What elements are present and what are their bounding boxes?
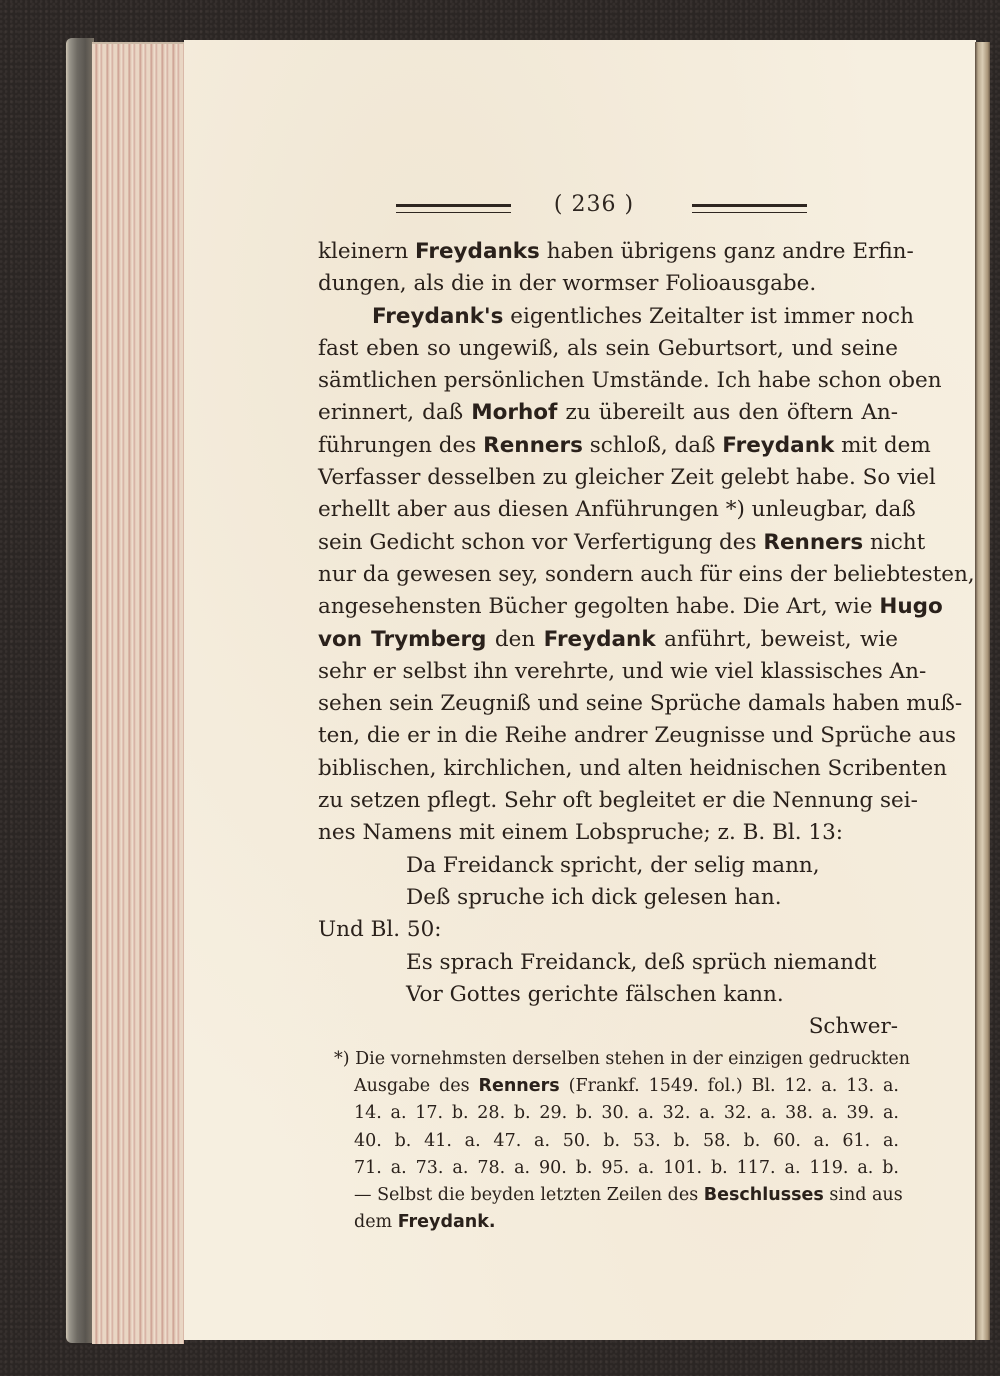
footnote-line: 71. a. 73. a. 78. a. 90. b. 95. a. 101. … (334, 1155, 899, 1182)
emphasized-name: Morhof (471, 400, 557, 425)
text-run: sind aus (824, 1185, 903, 1205)
text-run: *) Die vornehmsten derselben stehen in d… (334, 1049, 910, 1069)
emphasized-name: Freydank. (398, 1212, 496, 1232)
footnote: *) Die vornehmsten derselben stehen in d… (334, 1046, 899, 1236)
text-run: nur da gewesen sey, sondern auch für ein… (318, 562, 975, 587)
body-line: sehen sein Zeugniß und seine Sprüche dam… (318, 688, 898, 720)
book-cover-edge (66, 38, 94, 1343)
header-rule-left (396, 204, 511, 213)
text-run: führungen des (318, 433, 483, 458)
body-line: sein Gedicht schon vor Verfertigung des … (318, 527, 898, 559)
text-run: dungen, als die in der wormser Folioausg… (318, 271, 816, 296)
text-run: schloß, daß (583, 433, 722, 458)
text-run: — Selbst die beyden letzten Zeilen des (354, 1185, 704, 1205)
body-line: kleinern Freydanks haben übrigens ganz a… (318, 236, 898, 268)
text-run: angesehensten Bücher gegolten habe. Die … (318, 594, 879, 619)
text-run: 40. b. 41. a. 47. a. 50. b. 53. b. 58. b… (354, 1131, 899, 1151)
text-run: Und Bl. 50: (318, 917, 442, 942)
text-run: sämtlichen persönlichen Umstände. Ich ha… (318, 368, 942, 393)
text-run: Da Freidanck spricht, der selig mann, (406, 853, 820, 878)
text-run: erhellt aber aus diesen Anführungen *) u… (318, 497, 916, 522)
text-run: biblischen, kirchlichen, und alten heidn… (318, 756, 947, 781)
emphasized-name: Freydank (544, 627, 656, 652)
text-run: Es sprach Freidanck, deß sprüch niemandt (406, 950, 876, 975)
text-run: den (486, 627, 543, 652)
text-run: erinnert, daß (318, 400, 471, 425)
emphasized-name: von Trymberg (318, 627, 486, 652)
text-run: sein Gedicht schon vor Verfertigung des (318, 530, 763, 555)
footnote-line: dem Freydank. (334, 1209, 899, 1236)
body-line: nur da gewesen sey, sondern auch für ein… (318, 559, 898, 591)
body-line: von Trymberg den Freydank anführt, bewei… (318, 624, 898, 656)
header-rule-right (692, 204, 807, 213)
right-page-edge (975, 42, 990, 1340)
text-run: haben übrigens ganz andre Erfin- (540, 239, 914, 264)
text-run: (Frankf. 1549. fol.) Bl. 12. a. 13. a. (560, 1076, 899, 1096)
footnote-line: — Selbst die beyden letzten Zeilen des B… (334, 1182, 899, 1209)
body-line: erhellt aber aus diesen Anführungen *) u… (318, 494, 898, 526)
text-run: dem (354, 1212, 398, 1232)
emphasized-name: Freydanks (415, 239, 540, 264)
text-run: nicht (863, 530, 925, 555)
page-block-edge (92, 42, 184, 1344)
emphasized-name: Hugo (879, 594, 942, 619)
footnote-line: *) Die vornehmsten derselben stehen in d… (334, 1046, 899, 1073)
footnote-line: 14. a. 17. b. 28. b. 29. b. 30. a. 32. a… (334, 1100, 899, 1127)
body-line: nes Namens mit einem Lobspruche; z. B. B… (318, 817, 898, 849)
body-line: angesehensten Bücher gegolten habe. Die … (318, 591, 898, 623)
text-run: kleinern (318, 239, 415, 264)
body-line: biblischen, kirchlichen, und alten heidn… (318, 753, 898, 785)
text-run: Schwer- (809, 1014, 898, 1039)
text-run: anführt, beweist, wie (656, 627, 898, 652)
text-run: Ausgabe des (354, 1076, 479, 1096)
body-line: Verfasser desselben zu gleicher Zeit gel… (318, 462, 898, 494)
body-line: Es sprach Freidanck, deß sprüch niemandt (318, 947, 898, 979)
text-run: 71. a. 73. a. 78. a. 90. b. 95. a. 101. … (354, 1158, 899, 1178)
text-run: fast eben so ungewiß, als sein Geburtsor… (318, 336, 898, 361)
body-line: Da Freidanck spricht, der selig mann, (318, 850, 898, 882)
text-run: Verfasser desselben zu gleicher Zeit gel… (318, 465, 936, 490)
body-line: Freydank's eigentliches Zeitalter ist im… (318, 301, 898, 333)
body-line: Schwer- (318, 1011, 898, 1043)
body-line: Vor Gottes gerichte fälschen kann. (318, 979, 898, 1011)
text-run: sehr er selbst ihn verehrte, und wie vie… (318, 659, 926, 684)
body-text: kleinern Freydanks haben übrigens ganz a… (318, 236, 898, 1043)
body-line: zu setzen pflegt. Sehr oft begleitet er … (318, 785, 898, 817)
text-run: 14. a. 17. b. 28. b. 29. b. 30. a. 32. a… (354, 1103, 899, 1123)
book-page: ( 236 ) kleinern Freydanks haben übrigen… (184, 40, 976, 1340)
body-line: dungen, als die in der wormser Folioausg… (318, 268, 898, 300)
text-run: zu übereilt aus den öftern An- (557, 400, 898, 425)
body-line: fast eben so ungewiß, als sein Geburtsor… (318, 333, 898, 365)
text-run: Deß spruche ich dick gelesen han. (406, 885, 782, 910)
emphasized-name: Freydank (722, 433, 834, 458)
body-line: Und Bl. 50: (318, 914, 898, 946)
body-line: sehr er selbst ihn verehrte, und wie vie… (318, 656, 898, 688)
body-line: ten, die er in die Reihe andrer Zeugniss… (318, 720, 898, 752)
text-run: nes Namens mit einem Lobspruche; z. B. B… (318, 820, 843, 845)
emphasized-name: Beschlusses (704, 1185, 824, 1205)
page-number: ( 236 ) (539, 192, 649, 217)
text-run: ten, die er in die Reihe andrer Zeugniss… (318, 723, 956, 748)
body-line: Deß spruche ich dick gelesen han. (318, 882, 898, 914)
text-run: Vor Gottes gerichte fälschen kann. (406, 982, 784, 1007)
footnote-line: 40. b. 41. a. 47. a. 50. b. 53. b. 58. b… (334, 1128, 899, 1155)
emphasized-name: Freydank's (372, 304, 503, 329)
running-header: ( 236 ) (184, 190, 976, 230)
emphasized-name: Renners (479, 1076, 560, 1096)
text-run: mit dem (834, 433, 930, 458)
footnote-line: Ausgabe des Renners (Frankf. 1549. fol.)… (334, 1073, 899, 1100)
text-run: eigentliches Zeitalter ist immer noch (503, 304, 914, 329)
text-run: sehen sein Zeugniß und seine Sprüche dam… (318, 691, 962, 716)
body-line: führungen des Renners schloß, daß Freyda… (318, 430, 898, 462)
text-run: zu setzen pflegt. Sehr oft begleitet er … (318, 788, 918, 813)
body-line: erinnert, daß Morhof zu übereilt aus den… (318, 397, 898, 429)
body-line: sämtlichen persönlichen Umstände. Ich ha… (318, 365, 898, 397)
emphasized-name: Renners (483, 433, 583, 458)
emphasized-name: Renners (763, 530, 863, 555)
